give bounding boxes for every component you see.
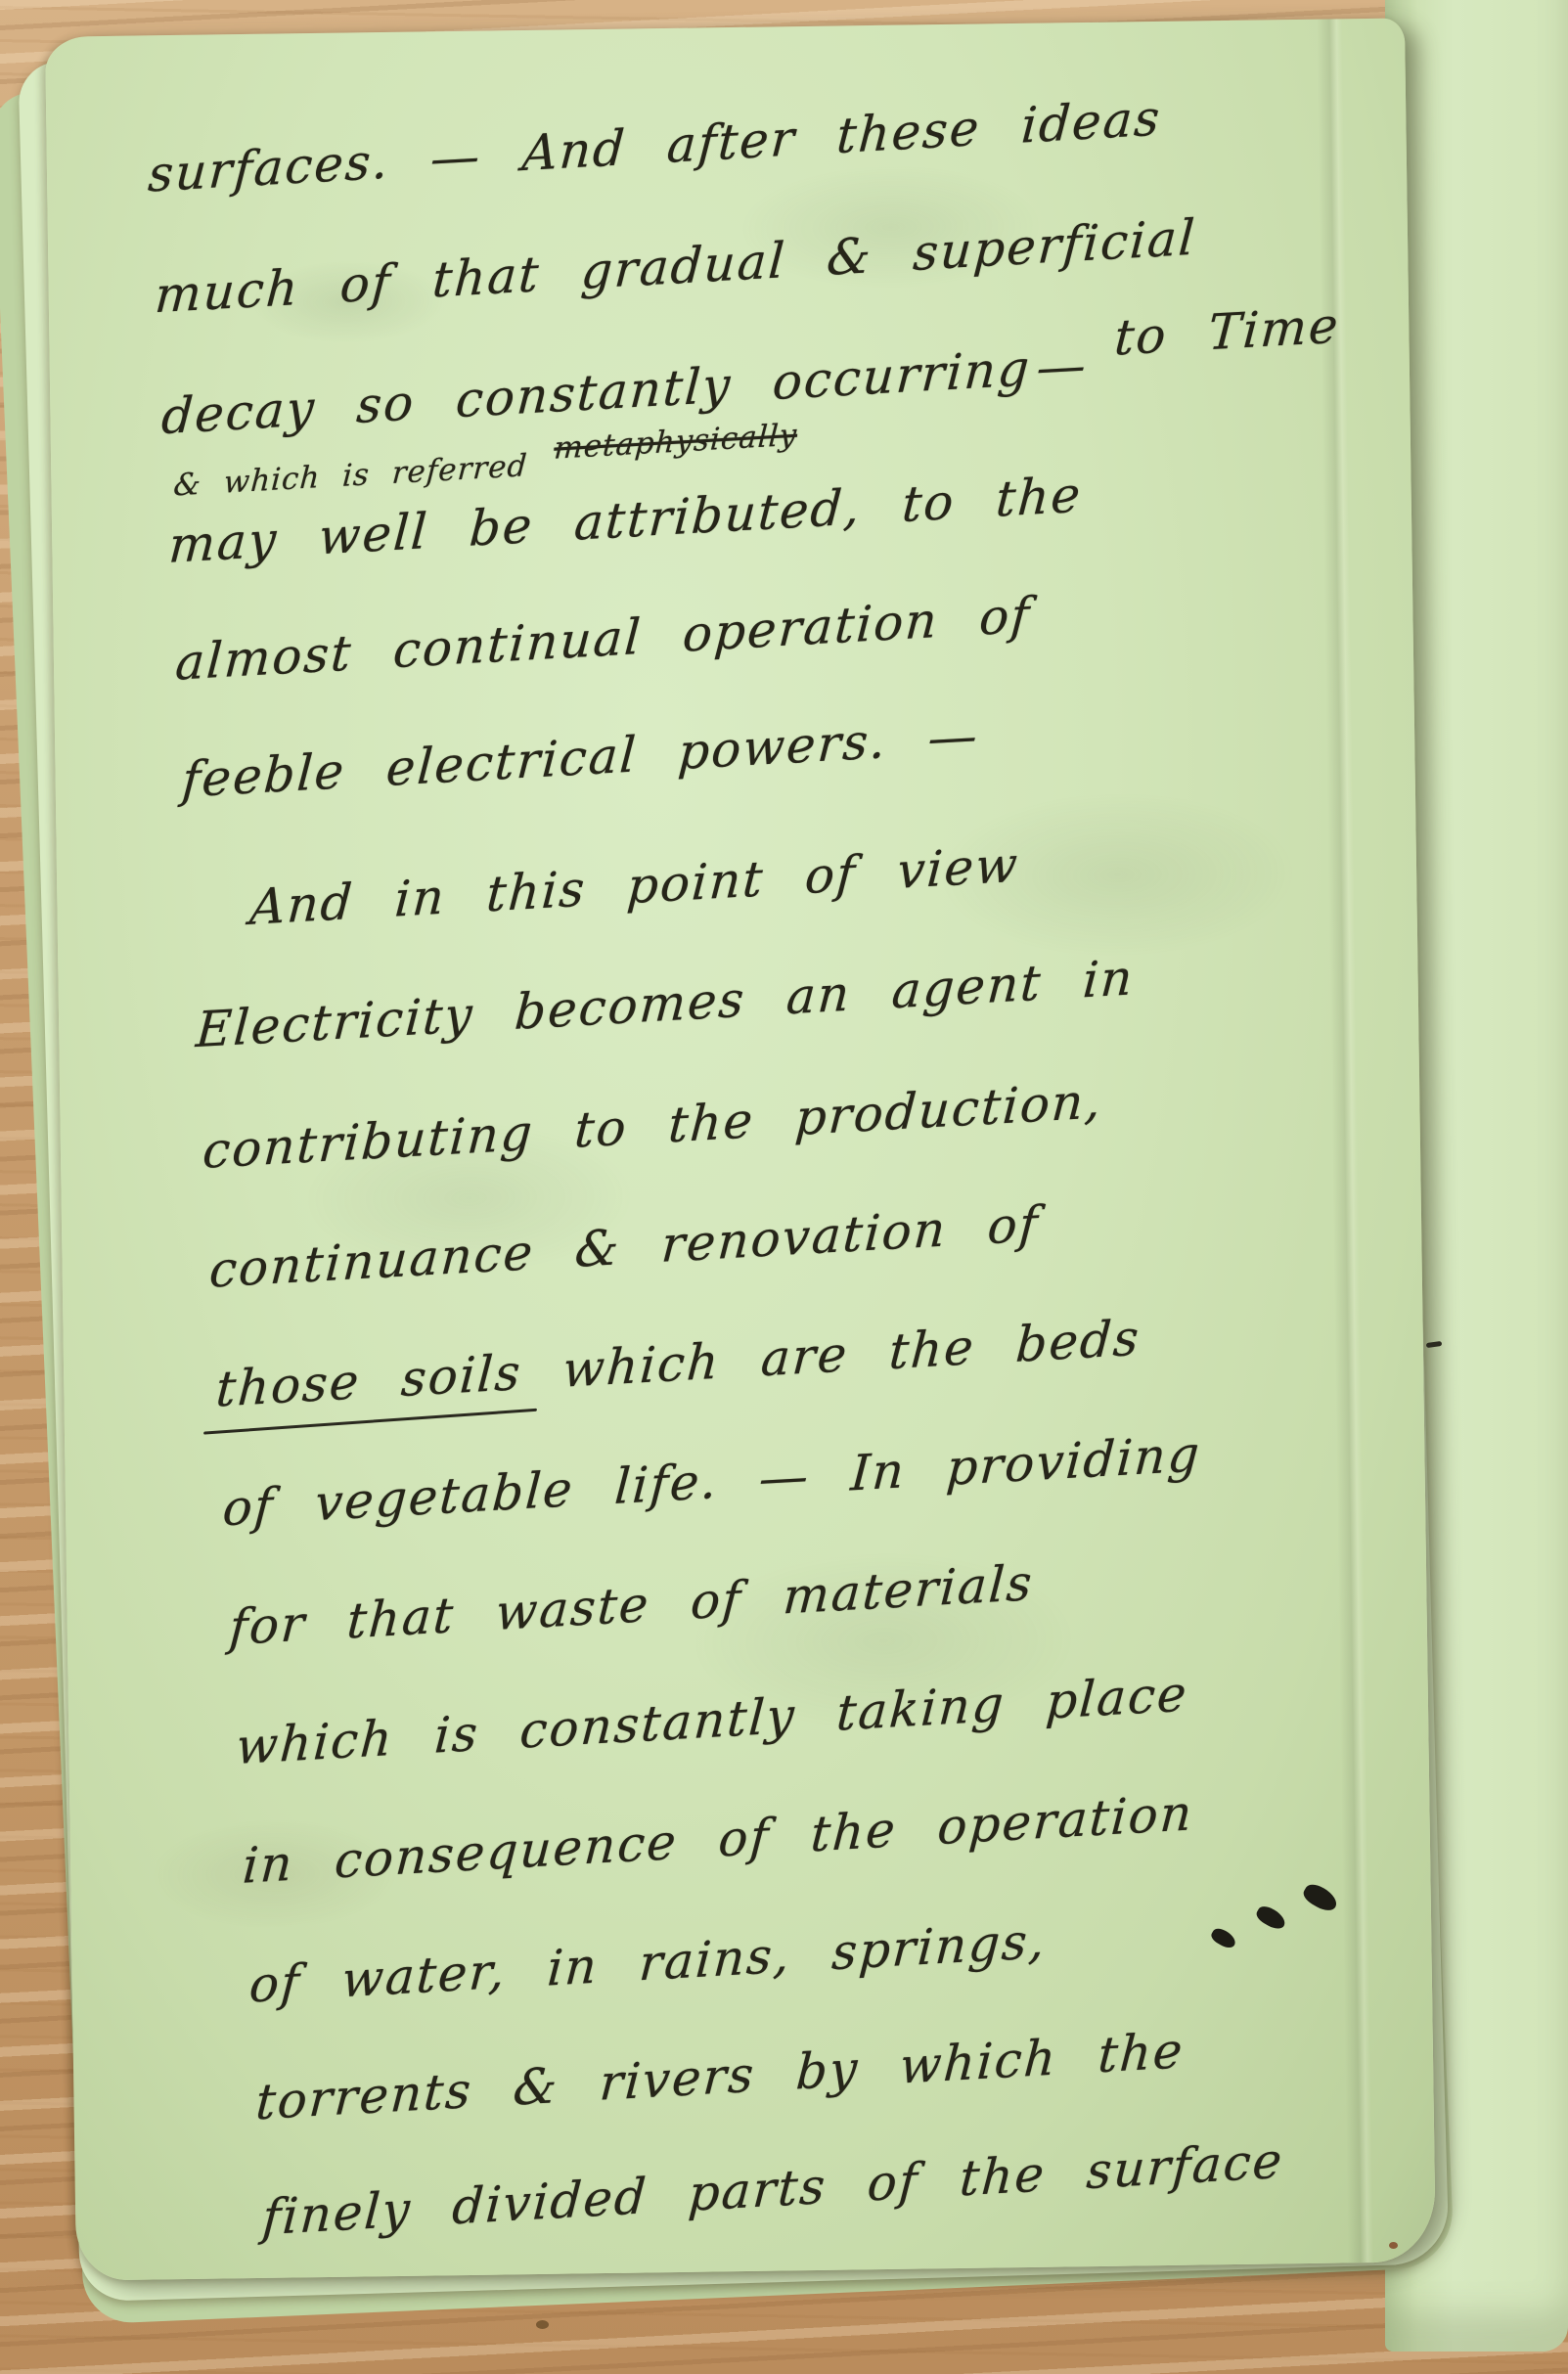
manuscript-line: much of that gradual & superficial xyxy=(154,209,1198,325)
manuscript-line: contributing to the production, xyxy=(201,1072,1103,1180)
manuscript-line: continuance & renovation of xyxy=(207,1195,1041,1299)
manuscript-line: which is constantly taking place xyxy=(235,1665,1190,1775)
manuscript-line: And in this point of view xyxy=(248,836,1021,936)
raised-phrase: to Time xyxy=(1113,296,1342,366)
struck-word: metaphysically xyxy=(553,418,798,467)
manuscript-line: feeble electrical powers. — xyxy=(180,707,980,809)
manuscript-line: in consequence of the operation xyxy=(241,1784,1195,1895)
manuscript-line: Electricity becomes an agent in xyxy=(195,949,1137,1058)
manuscript-text: surfaces. — And after these ideas much o… xyxy=(137,74,1546,2275)
underlined-phrase: those soils xyxy=(214,1344,523,1418)
photo-of-manuscript-on-table: { "page": { "kind": "handwritten manuscr… xyxy=(0,0,1568,2374)
line-text: which are the beds xyxy=(560,1309,1142,1398)
manuscript-line: of water, in rains, springs, xyxy=(247,1912,1048,2014)
manuscript-line: those soils which are the beds xyxy=(214,1309,1142,1417)
manuscript-line: torrents & rivers by which the xyxy=(254,2022,1187,2130)
manuscript-line: almost continual operation of xyxy=(174,587,1033,692)
manuscript-line: of vegetable life. — In providing xyxy=(221,1425,1203,1537)
connector-dash: — xyxy=(1035,336,1090,396)
interlinear-text: & which is referred xyxy=(172,448,528,503)
stain-speck xyxy=(536,2320,549,2329)
stain-speck xyxy=(1389,2242,1398,2249)
manuscript-line: for that waste of materials xyxy=(228,1554,1036,1656)
